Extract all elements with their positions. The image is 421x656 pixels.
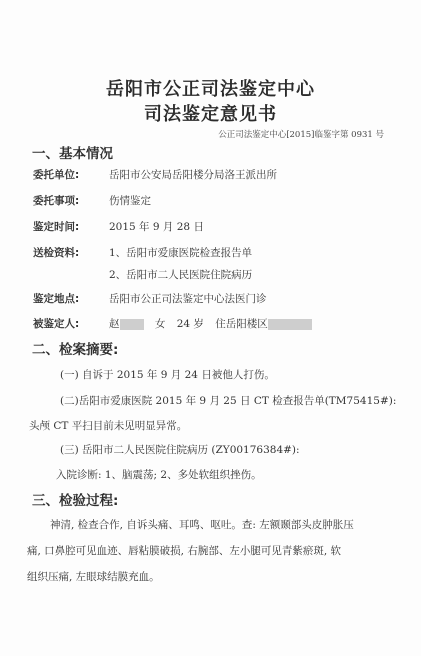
summary-item-3: (三) 岳阳市二人民医院住院病历 (ZY00176384#): (60, 442, 300, 457)
field-value: 岳阳市公安局岳阳楼分局洛王派出所 (109, 167, 277, 182)
document-page: 岳阳市公正司法鉴定中心 司法鉴定意见书 公正司法鉴定中心[2015]临鉴字第 0… (0, 0, 421, 656)
reference-number: 公正司法鉴定中心[2015]临鉴字第 0931 号 (218, 128, 384, 140)
field-label: 鉴定地点: (33, 291, 79, 306)
subject-info: 赵 女 24 岁 住岳阳楼区 (109, 316, 312, 331)
field-value: 岳阳市公正司法鉴定中心法医门诊 (109, 291, 267, 306)
field-label: 鉴定时间: (33, 219, 79, 234)
summary-diagnosis: 入院诊断: 1、脑震荡; 2、多处软组织挫伤。 (56, 467, 262, 482)
exam-line-1: 神清, 检查合作, 自诉头痛、耳鸣、呕吐。查: 左额颞部头皮肿胀压 (50, 517, 354, 532)
summary-item-2-cont: 头颅 CT 平扫目前未见明显异常。 (29, 418, 187, 433)
field-value: 1、岳阳市爱康医院检查报告单 (109, 245, 252, 260)
subject-gender: 女 (155, 318, 166, 330)
field-label: 委托单位: (33, 167, 79, 182)
subject-address: 住岳阳楼区 (215, 318, 268, 330)
document-title: 司法鉴定意见书 (0, 100, 421, 126)
field-label: 被鉴定人: (33, 316, 79, 331)
summary-item-1: (一) 自诉于 2015 年 9 月 24 日被他人打伤。 (60, 367, 275, 382)
section-heading-examination: 三、检验过程: (32, 489, 118, 509)
summary-item-2: (二)岳阳市爱康医院 2015 年 9 月 25 日 CT 检查报告单(TM75… (60, 393, 396, 408)
redaction-address (268, 319, 312, 330)
field-label: 委托事项: (33, 193, 79, 208)
field-value: 伤情鉴定 (109, 193, 151, 208)
field-value: 2015 年 9 月 28 日 (109, 219, 204, 234)
document-title-org: 岳阳市公正司法鉴定中心 (0, 75, 421, 101)
redaction-name (120, 319, 144, 330)
subject-age: 24 岁 (177, 318, 204, 330)
subject-surname: 赵 (109, 318, 120, 330)
exam-line-2: 痛, 口鼻腔可见血迹、唇粘膜破损, 右腕部、左小腿可见青紫瘀斑, 软 (27, 543, 341, 558)
section-heading-basic-info: 一、基本情况 (32, 142, 113, 162)
field-label: 送检资料: (33, 245, 79, 260)
field-value: 2、岳阳市二人民医院住院病历 (109, 267, 252, 282)
exam-line-3: 组织压痛, 左眼球结膜充血。 (27, 569, 160, 584)
section-heading-case-summary: 二、检案摘要: (32, 338, 118, 358)
